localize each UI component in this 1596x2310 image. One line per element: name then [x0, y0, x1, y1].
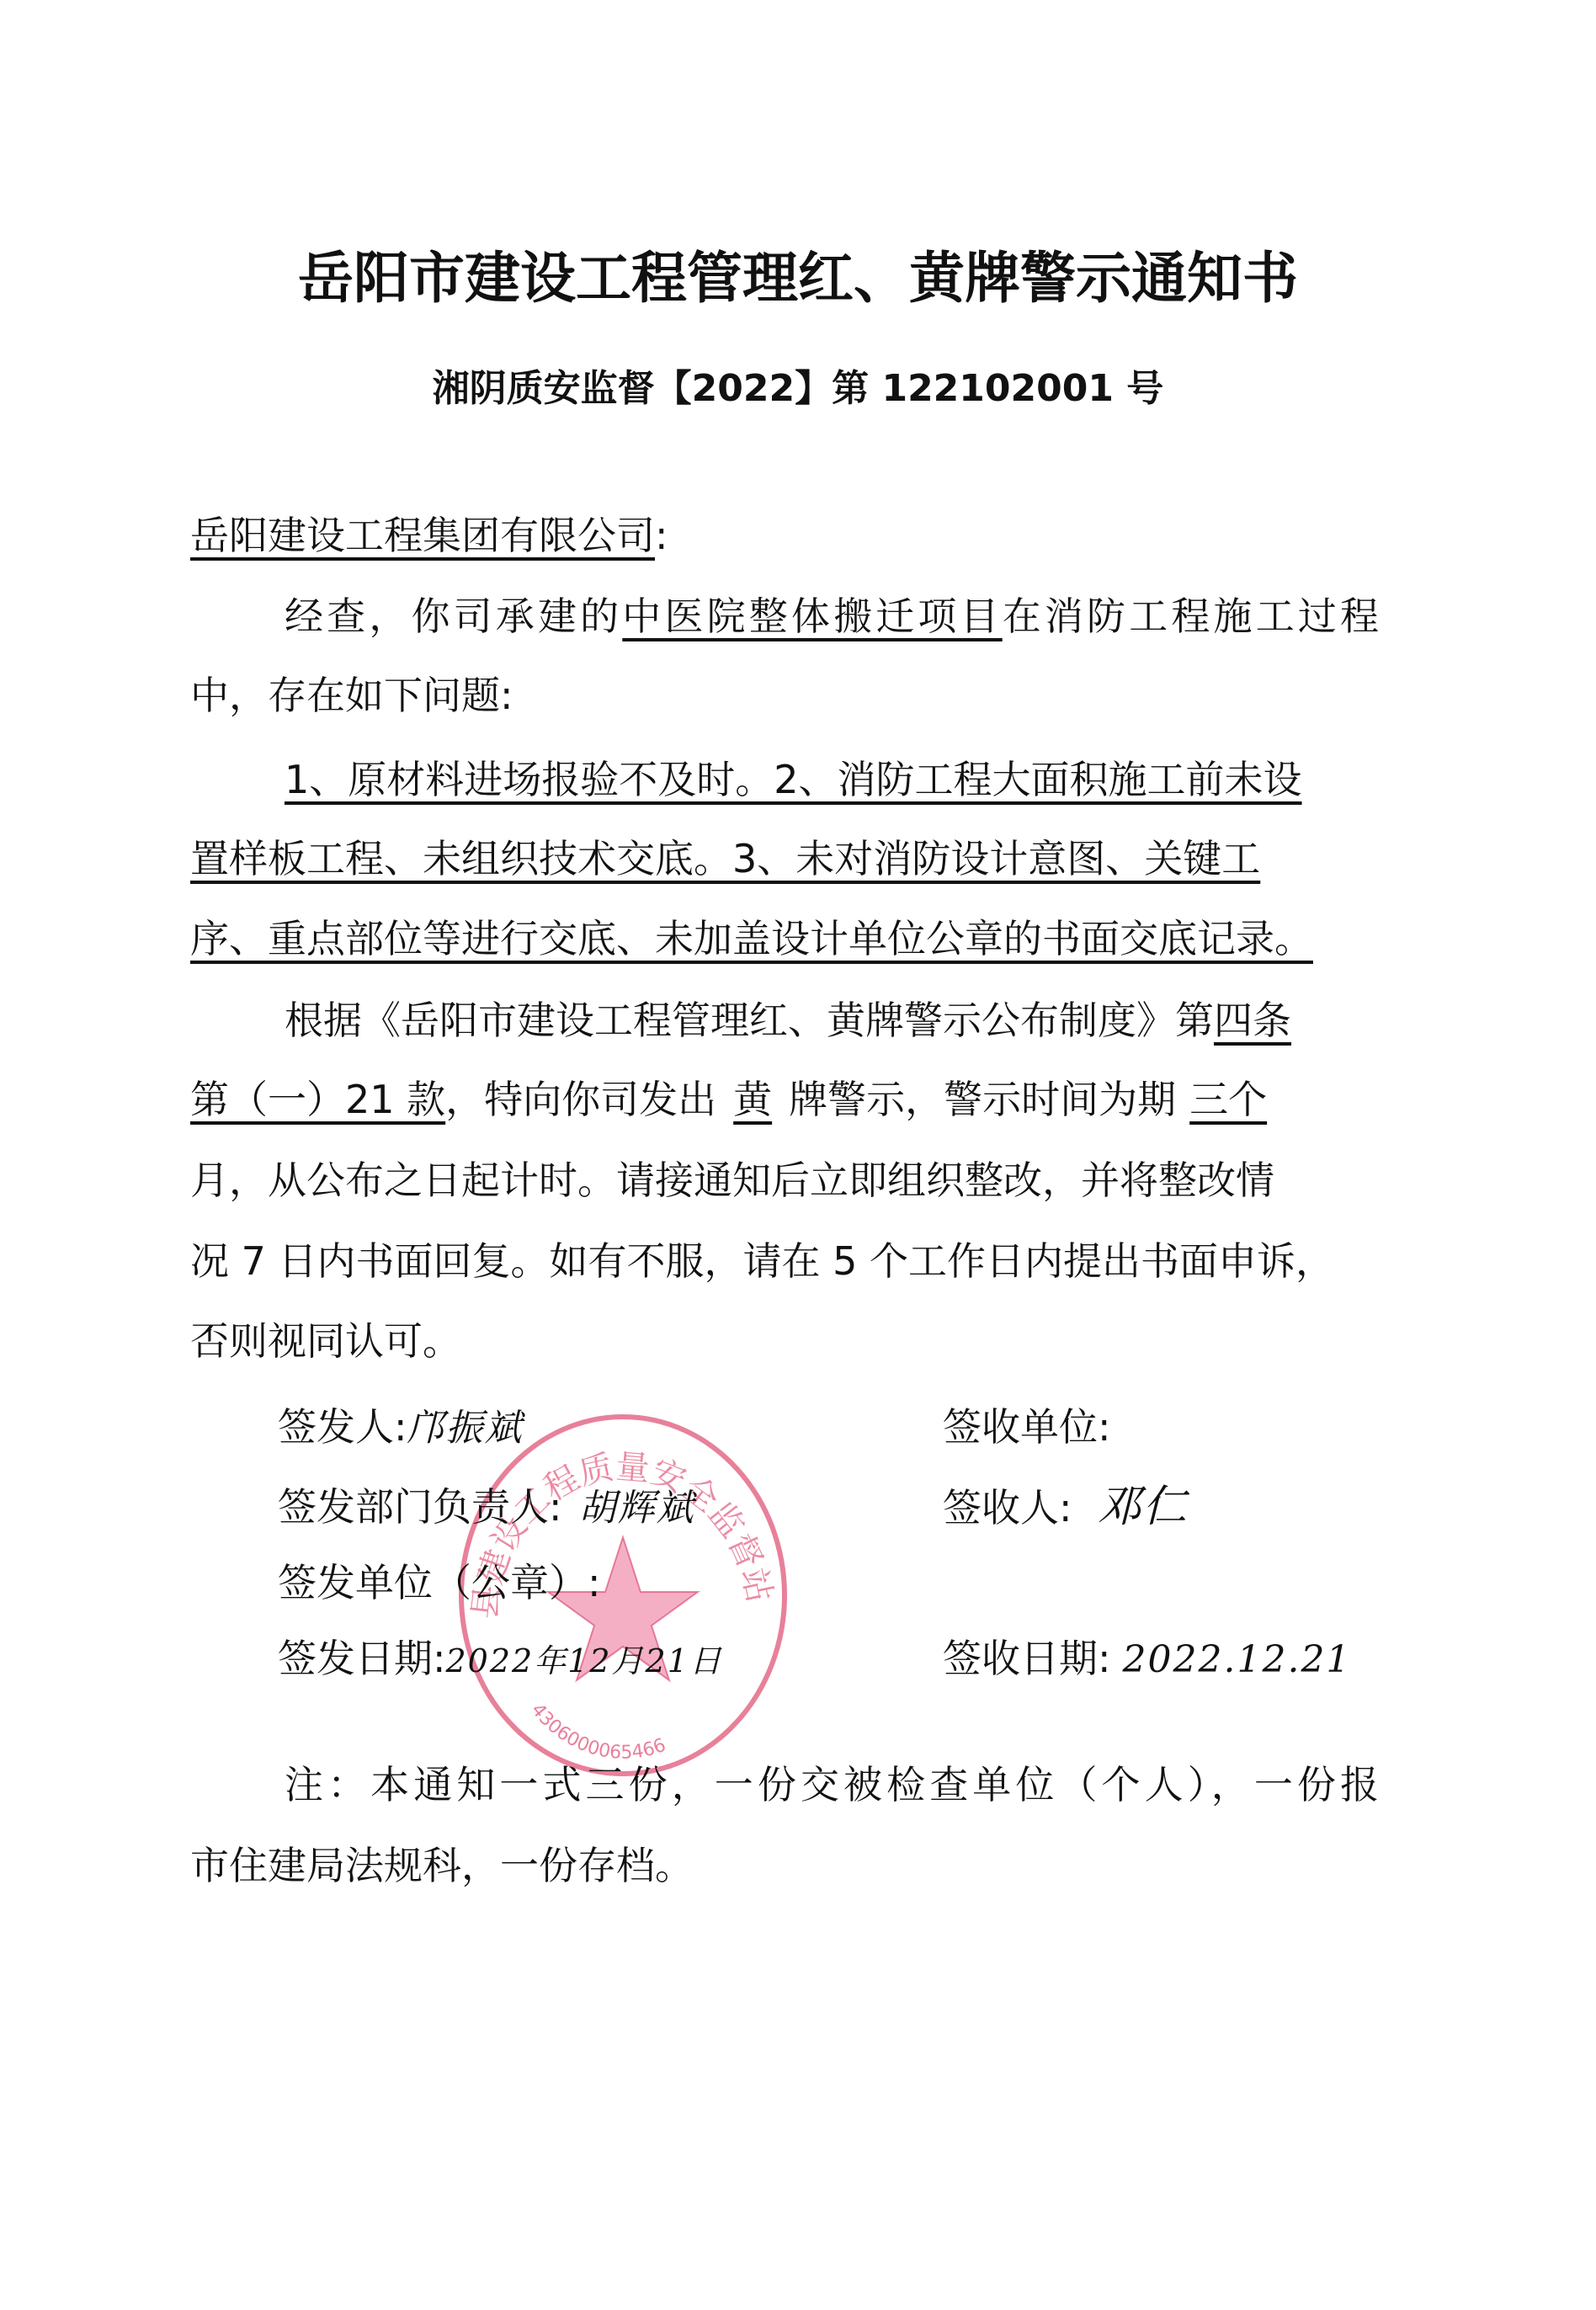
- issues-line2: 置样板工程、未组织技术交底。3、未对消防设计意图、关键工: [190, 832, 1379, 886]
- project-name: 中医院整体搬迁项目: [622, 593, 1002, 639]
- issues-text-2: 置样板工程、未组织技术交底。3、未对消防设计意图、关键工: [190, 836, 1260, 881]
- addressee-line: 岳阳建设工程集团有限公司:: [190, 508, 1379, 562]
- issuing-unit-row: 签发单位（公章）:: [278, 1556, 601, 1610]
- article-number: 四条: [1214, 998, 1291, 1043]
- para2-mid: ，特向你司发出: [445, 1077, 716, 1122]
- note-line1: 注：本通知一式三份，一份交被检查单位（个人），一份报: [190, 1758, 1379, 1812]
- issue-date-label: 签发日期:: [278, 1636, 446, 1681]
- recv-person-label: 签收人:: [943, 1485, 1072, 1530]
- recv-person-signature: 邓仁: [1098, 1482, 1189, 1532]
- document-title: 岳阳市建设工程管理红、黄牌警示通知书: [0, 244, 1596, 311]
- issues-line3: 序、重点部位等进行交底、未加盖设计单位公章的书面交底记录。: [190, 912, 1379, 966]
- svg-text:4306000065466: 4306000065466: [527, 1700, 669, 1764]
- issues-text-1: 1、原材料进场报验不及时。2、消防工程大面积施工前未设: [285, 757, 1302, 802]
- card-color: 黄: [716, 1077, 789, 1122]
- note-line2: 市住建局法规科，一份存档。: [190, 1839, 1379, 1892]
- para2-line1: 根据《岳阳市建设工程管理红、黄牌警示公布制度》第四条: [190, 993, 1379, 1047]
- addressee-colon: :: [655, 513, 668, 558]
- issuing-unit-label: 签发单位（公章）:: [278, 1560, 601, 1605]
- para2-line2: 第（一）21 款，特向你司发出黄牌警示，警示时间为期三个: [190, 1072, 1379, 1126]
- clause-number: 第（一）21 款: [190, 1077, 445, 1122]
- recv-unit-row: 签收单位:: [943, 1400, 1111, 1454]
- issuer-row: 签发人:邝振斌: [278, 1400, 524, 1456]
- recv-date-row: 签收日期:2022.12.21: [943, 1631, 1351, 1687]
- recv-date-value: 2022.12.21: [1123, 1638, 1352, 1681]
- document-number: 湘阴质安监督【2022】第 122102001 号: [0, 364, 1596, 414]
- para2-line4: 况 7 日内书面回复。如有不服，请在 5 个工作日内提出书面申诉，: [190, 1234, 1379, 1288]
- dept-head-row: 签发部门负责人:胡辉斌: [278, 1480, 695, 1536]
- issue-date-row: 签发日期:2022年12月21日: [278, 1631, 723, 1688]
- para2-line3: 月，从公布之日起计时。请接通知后立即组织整改，并将整改情: [190, 1153, 1379, 1207]
- para2-mid2: 牌警示，警示时间为期: [789, 1077, 1176, 1122]
- issuer-signature: 邝振斌: [407, 1407, 524, 1450]
- recv-person-row: 签收人:邓仁: [943, 1480, 1189, 1535]
- para1-line1: 经查，你司承建的中医院整体搬迁项目在消防工程施工过程: [190, 589, 1379, 643]
- para2-line5: 否则视同认可。: [190, 1314, 1379, 1368]
- para1-line2: 中，存在如下问题:: [190, 668, 1379, 722]
- addressee: 岳阳建设工程集团有限公司: [190, 513, 655, 558]
- para1-suffix: 在消防工程施工过程: [1003, 593, 1379, 639]
- issuer-label: 签发人:: [278, 1404, 407, 1450]
- recv-date-label: 签收日期:: [943, 1636, 1111, 1681]
- issues-line1: 1、原材料进场报验不及时。2、消防工程大面积施工前未设: [190, 753, 1379, 806]
- para1-prefix: 经查，你司承建的: [285, 593, 622, 639]
- warning-duration: 三个: [1176, 1077, 1267, 1122]
- recv-unit-label: 签收单位:: [943, 1404, 1111, 1450]
- dept-head-label: 签发部门负责人:: [278, 1484, 562, 1530]
- dept-head-signature: 胡辉斌: [579, 1487, 695, 1530]
- regulation-reference: 根据《岳阳市建设工程管理红、黄牌警示公布制度》第: [285, 998, 1214, 1043]
- issue-date-value: 2022年12月21日: [446, 1642, 723, 1679]
- issues-text-3: 序、重点部位等进行交底、未加盖设计单位公章的书面交底记录。: [190, 916, 1313, 961]
